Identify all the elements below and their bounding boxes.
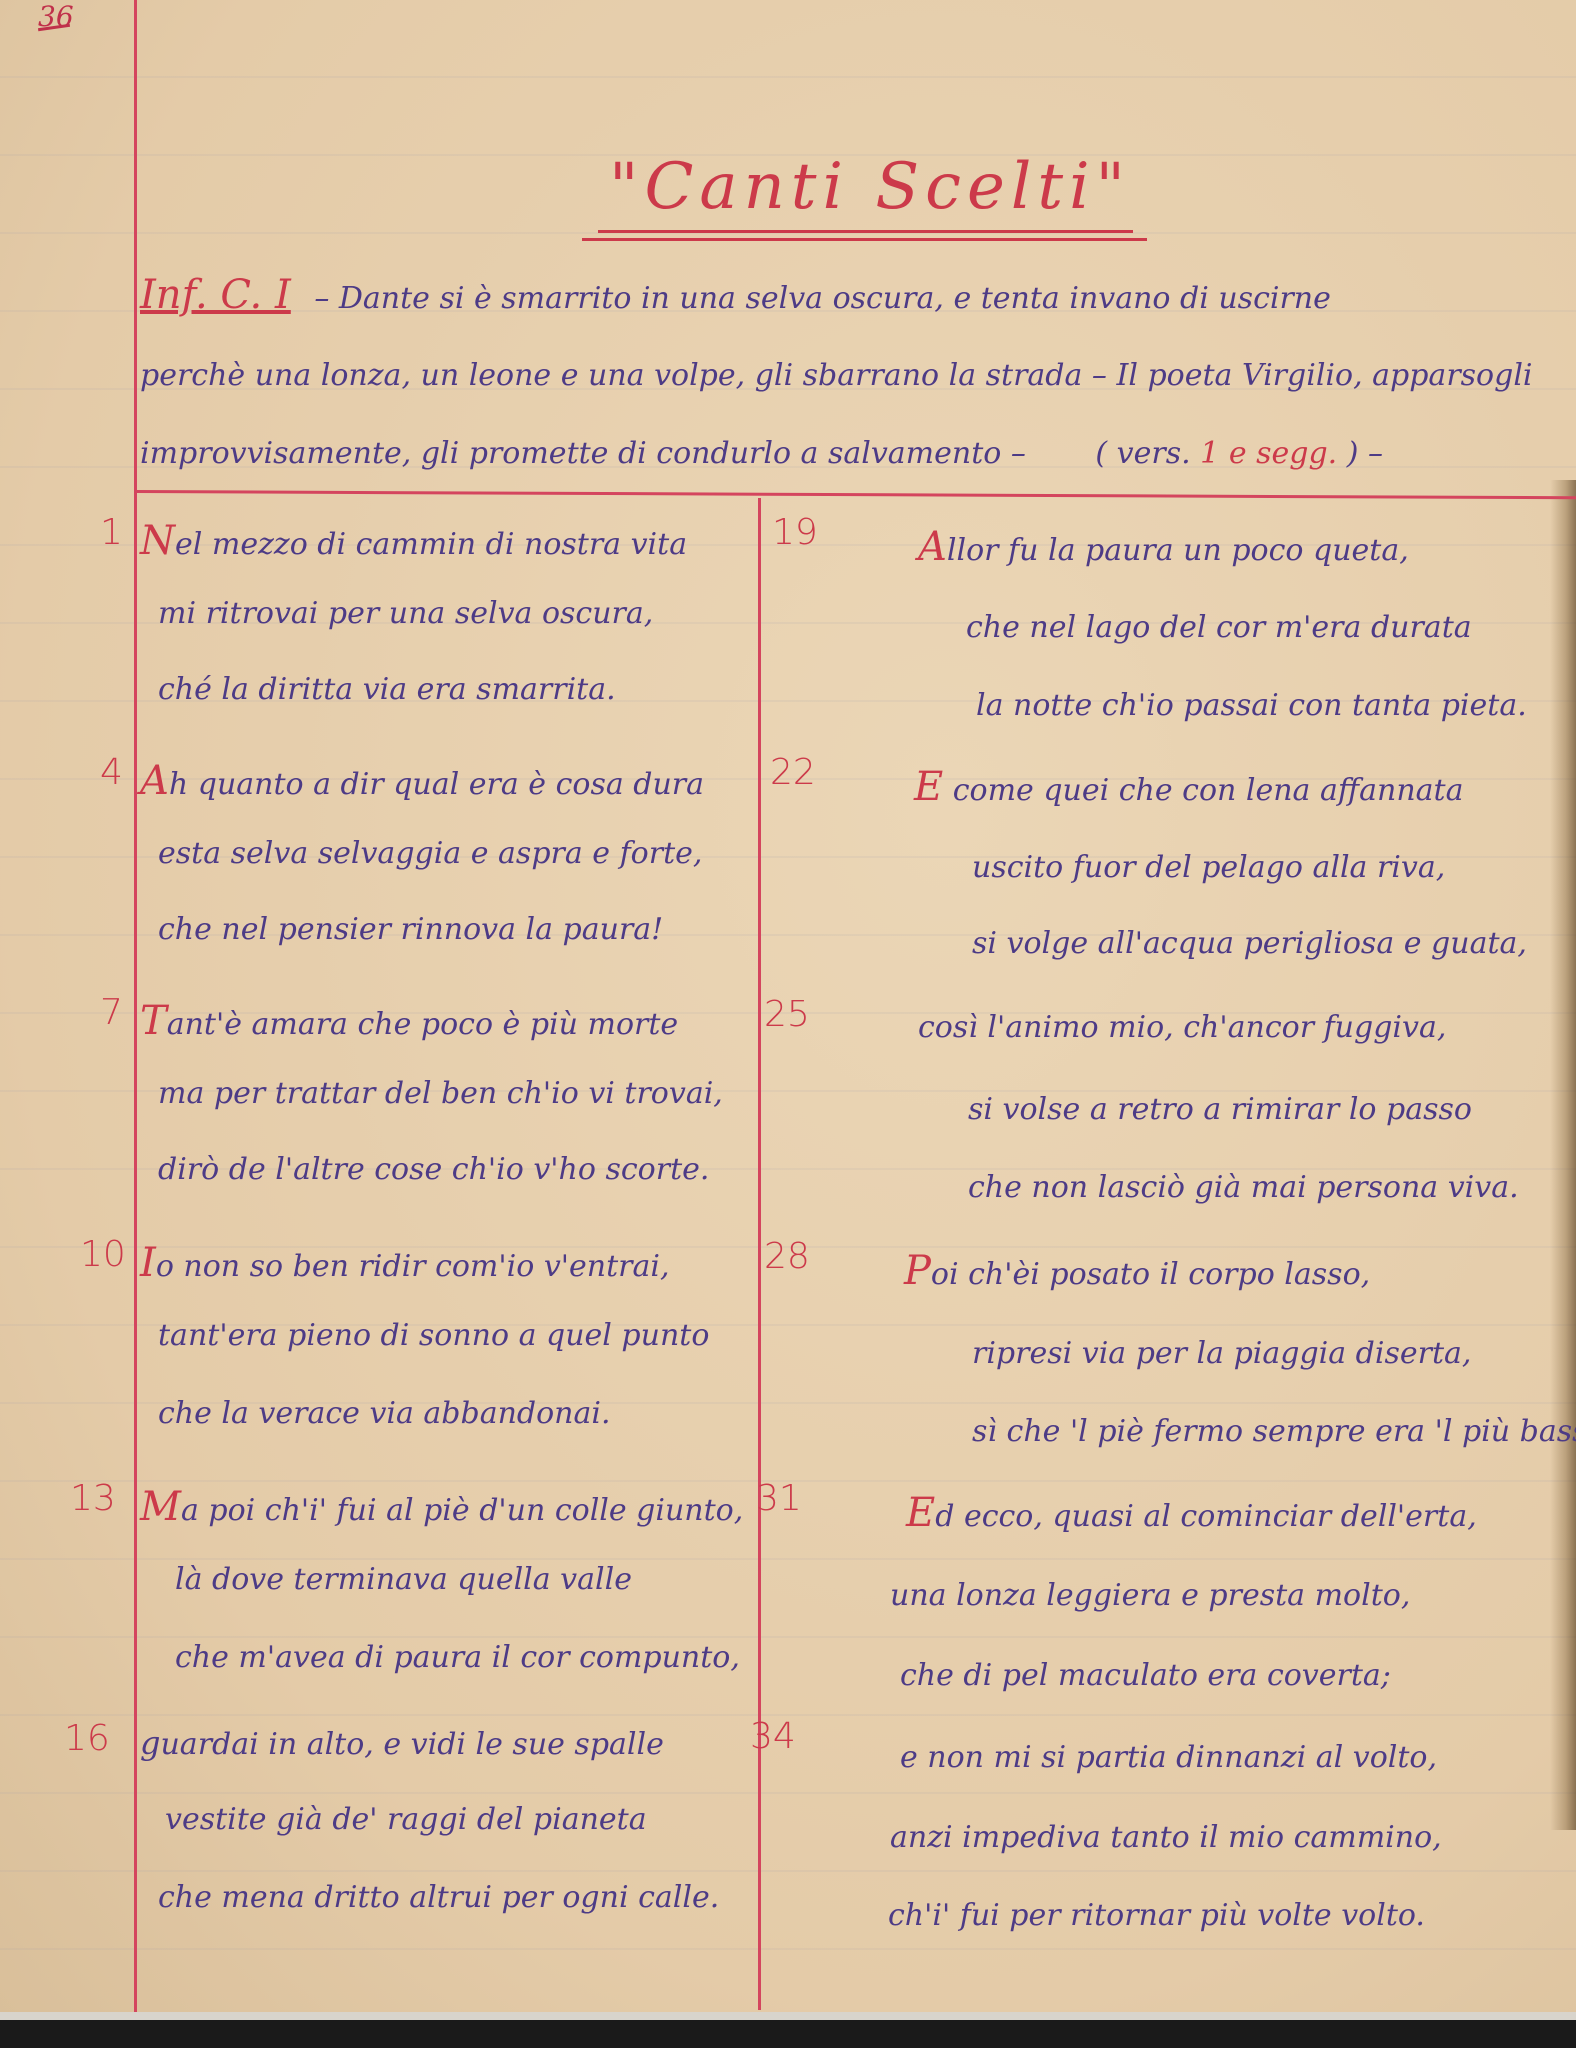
verse-line: che nel pensier rinnova la paura! [158, 912, 663, 947]
verse-line: Allor fu la paura un poco queta, [918, 524, 1409, 570]
verse-line: Poi ch'èi posato il corpo lasso, [904, 1248, 1370, 1294]
intro-line-3: improvvisamente, gli promette di condurl… [140, 436, 1570, 471]
margin-rule [134, 0, 137, 2012]
column-divider-rule [758, 498, 761, 2010]
verse-number: 34 [750, 1716, 796, 1757]
title-block: "Canti Scelti" [590, 150, 1150, 224]
verse-line: E come quei che con lena affannata [914, 764, 1463, 810]
drop-initial: E [906, 1490, 935, 1536]
intro-text: improvvisamente, gli promette di condurl… [140, 436, 1026, 471]
verse-ref-open: ( vers. [1095, 436, 1190, 471]
verse-line: Io non so ben ridir com'io v'entrai, [140, 1240, 670, 1286]
verse-number: 7 [100, 992, 123, 1033]
verse-line: sì che 'l piè fermo sempre era 'l più ba… [972, 1414, 1576, 1449]
verse-number: 25 [764, 994, 810, 1035]
drop-initial: M [140, 1484, 181, 1530]
verse-line: che non lasciò già mai persona viva. [968, 1170, 1519, 1205]
drop-initial: N [140, 518, 175, 564]
verse-ref-close: ) – [1347, 436, 1383, 471]
verse-line: dirò de l'altre cose ch'io v'ho scorte. [158, 1152, 709, 1187]
verse-line: la notte ch'io passai con tanta pieta. [976, 688, 1527, 723]
verse-line: ma per trattar del ben ch'io vi trovai, [158, 1076, 723, 1111]
verse-line: che di pel maculato era coverta; [900, 1658, 1391, 1693]
verse-ref-segg: segg. [1256, 436, 1337, 471]
intro-text: perchè una lonza, un leone e una volpe, … [140, 358, 1533, 393]
verse-line: che m'avea di paura il cor compunto, [175, 1640, 740, 1675]
verse-line: si volse a retro a rimirar lo passo [968, 1092, 1472, 1127]
scan-background [0, 2020, 1576, 2048]
initial: g [140, 1724, 160, 1762]
drop-initial: P [904, 1248, 931, 1294]
verse-line: mi ritrovai per una selva oscura, [158, 596, 653, 631]
verse-number: 16 [64, 1718, 110, 1759]
verse-line: che la verace via abbandonai. [158, 1396, 611, 1431]
verse-number: 22 [770, 752, 816, 793]
verse-line: che mena dritto altrui per ogni calle. [158, 1880, 719, 1915]
verse-line: ripresi via per la piaggia diserta, [972, 1336, 1471, 1371]
drop-initial: A [140, 758, 169, 804]
drop-initial: A [918, 524, 947, 570]
title-underline-second [582, 238, 1147, 241]
verse-line: Ed ecco, quasi al cominciar dell'erta, [906, 1490, 1477, 1536]
verse-line: Tant'è amara che poco è più morte [140, 998, 678, 1044]
verse-number: 4 [100, 752, 123, 793]
verse-ref-e: e [1229, 436, 1247, 471]
verse-line: uscito fuor del pelago alla riva, [972, 850, 1445, 885]
title-underline [598, 230, 1133, 233]
verse-line: che nel lago del cor m'era durata [966, 610, 1472, 645]
verse-line: si volge all'acqua perigliosa e guata, [972, 926, 1527, 961]
verse-line: e non mi si partia dinnanzi al volto, [900, 1740, 1437, 1775]
verse-number: 13 [70, 1478, 116, 1519]
verse-line: guardai in alto, e vidi le sue spalle [140, 1724, 664, 1762]
drop-initial: T [140, 998, 167, 1044]
verse-line: anzi impediva tanto il mio cammino, [890, 1820, 1442, 1855]
intro-line-1: Inf. C. I – Dante si è smarrito in una s… [140, 272, 1570, 318]
verse-ref-number: 1 [1200, 436, 1219, 471]
verse-line: ch'i' fui per ritornar più volte volto. [888, 1898, 1425, 1933]
verse-number: 19 [772, 512, 818, 553]
page-title: "Canti Scelti" [609, 150, 1131, 224]
verse-line: ché la diritta via era smarrita. [158, 672, 616, 707]
intro-line-2: perchè una lonza, un leone e una volpe, … [140, 358, 1570, 393]
verse-line: Ah quanto a dir qual era è cosa dura [140, 758, 704, 804]
drop-initial: I [140, 1240, 156, 1286]
verse-number: 31 [756, 1478, 802, 1519]
verse-line: Ma poi ch'i' fui al piè d'un colle giunt… [140, 1484, 743, 1530]
canto-tag: Inf. C. I [140, 272, 291, 318]
verse-line: tant'era pieno di sonno a quel punto [158, 1318, 709, 1353]
verse-line: così l'animo mio, ch'ancor fuggiva, [918, 1010, 1446, 1045]
verse-line: esta selva selvaggia e aspra e forte, [158, 836, 702, 871]
verse-number: 10 [80, 1234, 126, 1275]
page-edge-stain [1550, 480, 1576, 1830]
intro-text: – Dante si è smarrito in una selva oscur… [314, 281, 1331, 316]
verse-line: vestite già de' raggi del pianeta [165, 1802, 647, 1837]
drop-initial: E [914, 764, 943, 810]
verse-line: là dove terminava quella valle [175, 1562, 632, 1597]
verse-number: 28 [764, 1236, 810, 1277]
verse-number: 1 [100, 512, 123, 553]
verse-line: una lonza leggiera e presta molto, [890, 1578, 1410, 1613]
verse-line: Nel mezzo di cammin di nostra vita [140, 518, 687, 564]
